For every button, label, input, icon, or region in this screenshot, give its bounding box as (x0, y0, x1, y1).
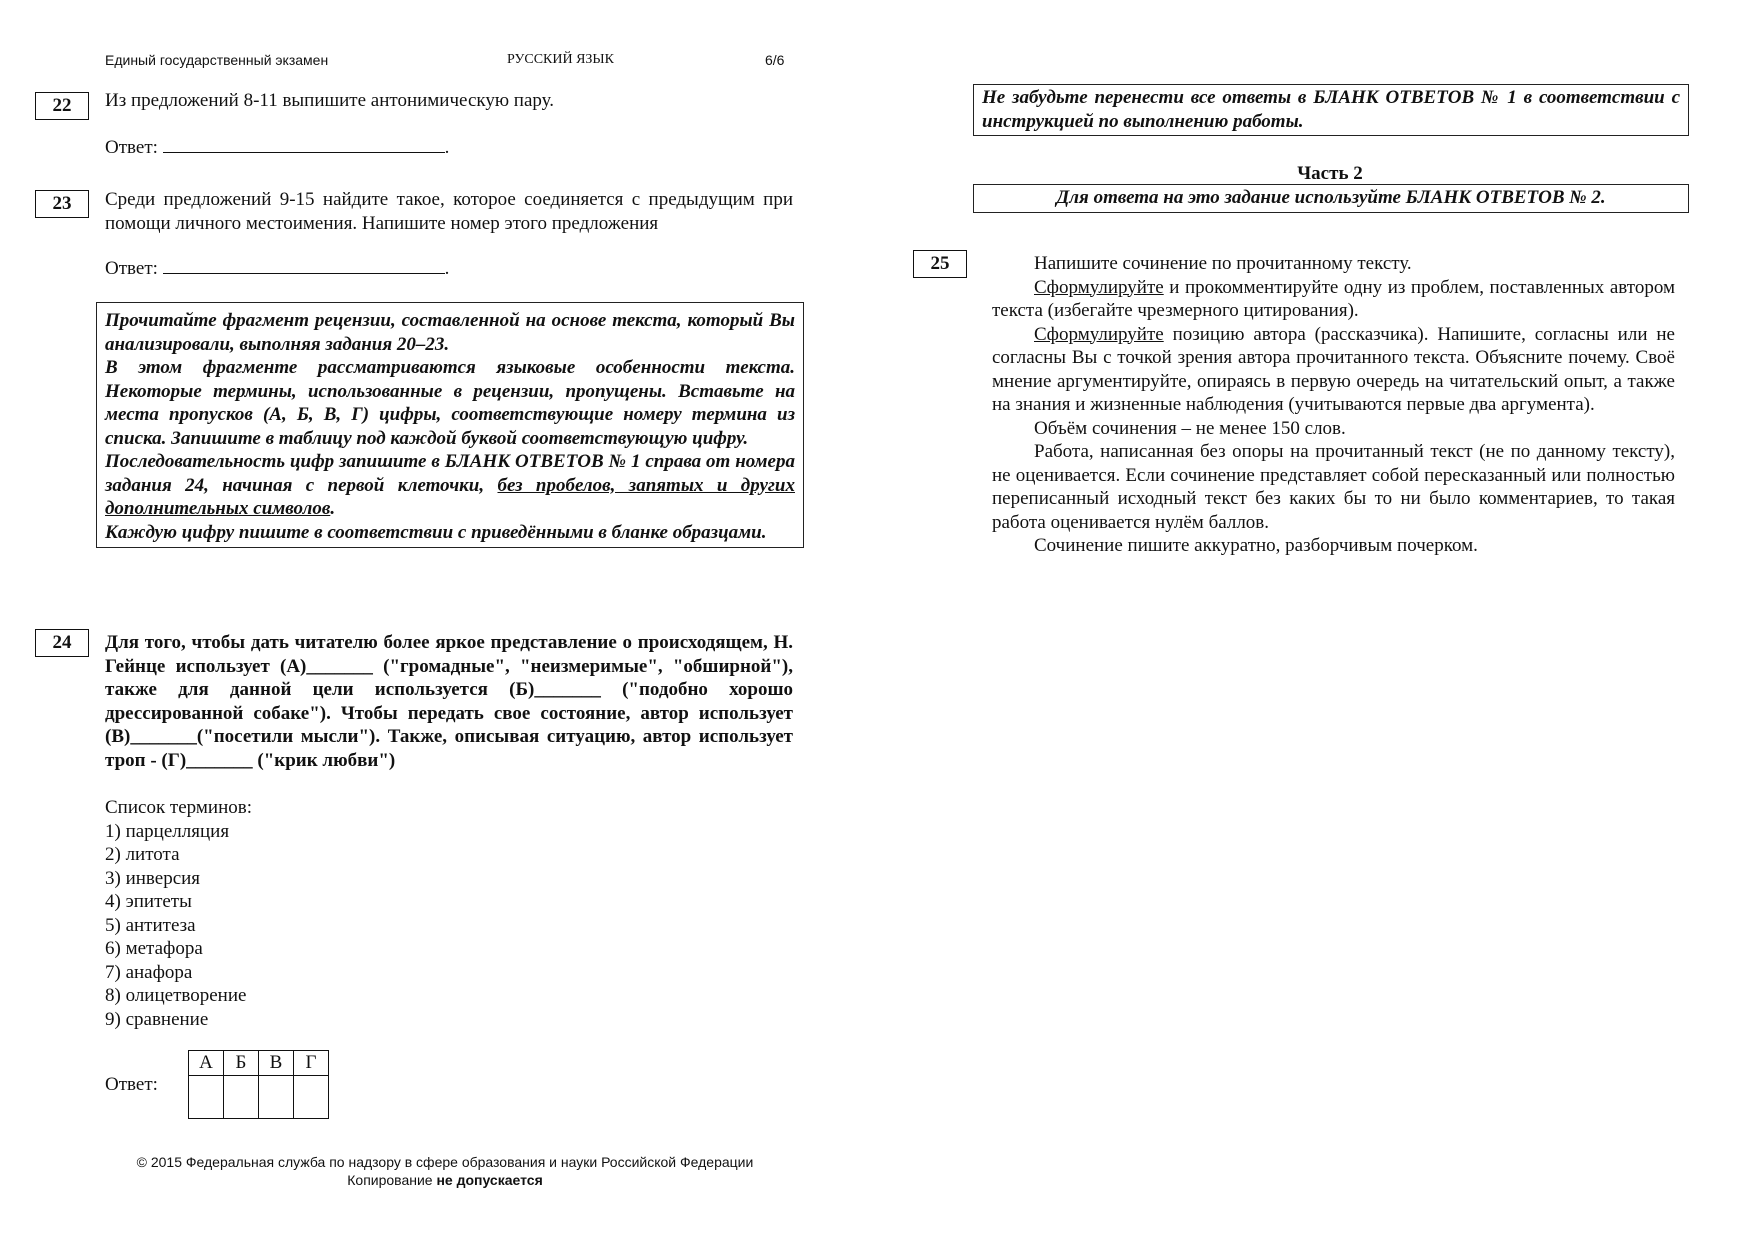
task-number-25: 25 (913, 250, 967, 278)
answer-column-b: Б (224, 1051, 259, 1076)
task24-answer-label: Ответ: (105, 1073, 158, 1097)
answer-label: Ответ: (105, 258, 158, 279)
answer-label: Ответ: (105, 137, 158, 158)
term-item: 3) инверсия (105, 867, 252, 891)
answer-column-v: В (259, 1051, 294, 1076)
task25-p6: Сочинение пишите аккуратно, разборчивым … (992, 534, 1675, 558)
task-number-22: 22 (35, 92, 89, 120)
answer-cell-g[interactable] (294, 1076, 329, 1119)
instruction-p4: Каждую цифру пишите в соответствии с при… (105, 521, 795, 545)
part-instruction-box: Для ответа на это задание используйте БЛ… (973, 184, 1689, 213)
task25-p5: Работа, написанная без опоры на прочитан… (992, 440, 1675, 534)
task25-text: Напишите сочинение по прочитанному текст… (992, 252, 1675, 558)
term-item: 7) анафора (105, 961, 252, 985)
task25-p1: Напишите сочинение по прочитанному текст… (992, 252, 1675, 276)
term-item: 9) сравнение (105, 1008, 252, 1032)
part-title: Часть 2 (973, 162, 1687, 186)
task23-answer-field[interactable] (163, 256, 445, 274)
task22-text: Из предложений 8-11 выпишите антонимичес… (105, 89, 554, 113)
reminder-box: Не забудьте перенести все ответы в БЛАНК… (973, 84, 1689, 136)
instruction-p3: Последовательность цифр запишите в БЛАНК… (105, 450, 795, 521)
instruction-box: Прочитайте фрагмент рецензии, составленн… (96, 302, 804, 548)
term-item: 5) антитеза (105, 914, 252, 938)
terms-title: Список терминов: (105, 796, 252, 820)
instruction-p1: Прочитайте фрагмент рецензии, составленн… (105, 309, 795, 356)
answer-cell-b[interactable] (224, 1076, 259, 1119)
task23-text: Среди предложений 9-15 найдите такое, ко… (105, 188, 793, 235)
term-item: 6) метафора (105, 937, 252, 961)
answer-column-a: А (189, 1051, 224, 1076)
task25-p4: Объём сочинения – не менее 150 слов. (992, 417, 1675, 441)
task22-answer: Ответ: . (105, 135, 449, 160)
answer-column-g: Г (294, 1051, 329, 1076)
footer: © 2015 Федеральная служба по надзору в с… (105, 1153, 785, 1189)
header-subject: РУССКИЙ ЯЗЫК (507, 52, 614, 68)
answer-cell-v[interactable] (259, 1076, 294, 1119)
footer-copyright: © 2015 Федеральная служба по надзору в с… (105, 1153, 785, 1171)
instruction-p2: В этом фрагменте рассматриваются языковы… (105, 356, 795, 450)
task23-answer: Ответ: . (105, 256, 449, 281)
footer-copy-notice: Копирование не допускается (105, 1171, 785, 1189)
term-item: 2) литота (105, 843, 252, 867)
task25-p3: Сформулируйте позицию автора (рассказчик… (992, 323, 1675, 417)
terms-list: Список терминов: 1) парцелляция 2) литот… (105, 796, 252, 1031)
header-exam-name: Единый государственный экзамен (105, 52, 328, 68)
term-item: 1) парцелляция (105, 820, 252, 844)
task24-text: Для того, чтобы дать читателю более ярко… (105, 631, 793, 772)
term-item: 4) эпитеты (105, 890, 252, 914)
answer-cell-a[interactable] (189, 1076, 224, 1119)
term-item: 8) олицетворение (105, 984, 252, 1008)
task-number-24: 24 (35, 629, 89, 657)
task-number-23: 23 (35, 190, 89, 218)
task25-p2: Сформулируйте и прокомментируйте одну из… (992, 276, 1675, 323)
task22-answer-field[interactable] (163, 135, 445, 153)
header-page-number: 6/6 (765, 52, 784, 68)
task24-answer-table: А Б В Г (188, 1050, 329, 1119)
